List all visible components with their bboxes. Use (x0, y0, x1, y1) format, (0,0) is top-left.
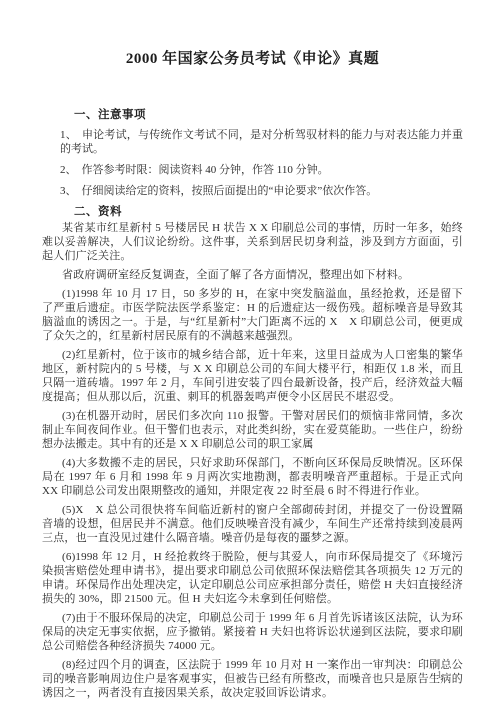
page-title: 2000 年国家公务员考试《申论》真题 (42, 50, 463, 68)
material-paragraph-5: (5)X X 总公司很快将车间临近新村的窗户全部砌砖封闭，并提交了一份设置隔音墙… (42, 503, 463, 545)
notice-item-3-text: 仔细阅读给定的资料，按照后面提出的“申论要求”依次作答。 (82, 185, 378, 197)
notice-item-2: 2、作答参考时限：阅读资料 40 分钟，作答 110 分钟。 (60, 163, 463, 177)
material-paragraph-8: (8)经过四个月的调查，区法院于 1999 年 10 月对 H 一案作出一审判决… (42, 658, 463, 700)
material-paragraph-3: (3)在机器开动时，居民们多次向 110 报警。干警对居民们的烦恼非常同情，多次… (42, 409, 463, 451)
notice-item-2-number: 2、 (60, 164, 77, 176)
material-paragraph-1: (1)1998 年 10 月 17 日，50 多岁的 H，在家中突发脑溢血，虽经… (42, 287, 463, 343)
page-number: 1 (437, 671, 442, 681)
document-page: 2000 年国家公务员考试《申论》真题 一、注意事项 1、申论考试，与传统作文考… (0, 0, 500, 707)
notice-section-heading: 一、注意事项 (74, 108, 463, 122)
material-paragraph-7: (7)由于不服环保局的决定，印刷总公司于 1999 年 6 月首先诉诸该区法院，… (42, 611, 463, 653)
notice-item-1-number: 1、 (60, 129, 77, 141)
materials-intro-paragraph-2: 省政府调研室经反复调查，全面了解了各方面情况，整理出如下材料。 (42, 268, 463, 282)
materials-section-heading: 二、资料 (74, 205, 463, 219)
notice-item-3: 3、仔细阅读给定的资料，按照后面提出的“申论要求”依次作答。 (60, 184, 463, 198)
material-paragraph-6: (6)1998 年 12 月，H 经抢救终于脱险，便与其爱人，向市环保局提交了《… (42, 550, 463, 606)
notice-item-1-text: 申论考试，与传统作文考试不同，是对分析驾驭材料的能力与对表达能力并重的考试。 (60, 129, 463, 155)
notice-item-1: 1、申论考试，与传统作文考试不同，是对分析驾驭材料的能力与对表达能力并重的考试。 (60, 128, 463, 156)
notice-item-3-number: 3、 (60, 185, 77, 197)
notice-item-2-text: 作答参考时限：阅读资料 40 分钟，作答 110 分钟。 (82, 164, 329, 176)
materials-intro-paragraph-1: 某省某市红星新村 5 号楼居民 H 状告 X X 印刷总公司的事情，历时一年多，… (42, 221, 463, 263)
material-paragraph-2: (2)红星新村，位于该市的城乡结合部，近十年来，这里日益成为人口密集的繁华地区，… (42, 348, 463, 404)
material-paragraph-4: (4)大多数搬不走的居民，只好求助环保部门，不断向区环保局反映情况。区环保局在 … (42, 456, 463, 498)
